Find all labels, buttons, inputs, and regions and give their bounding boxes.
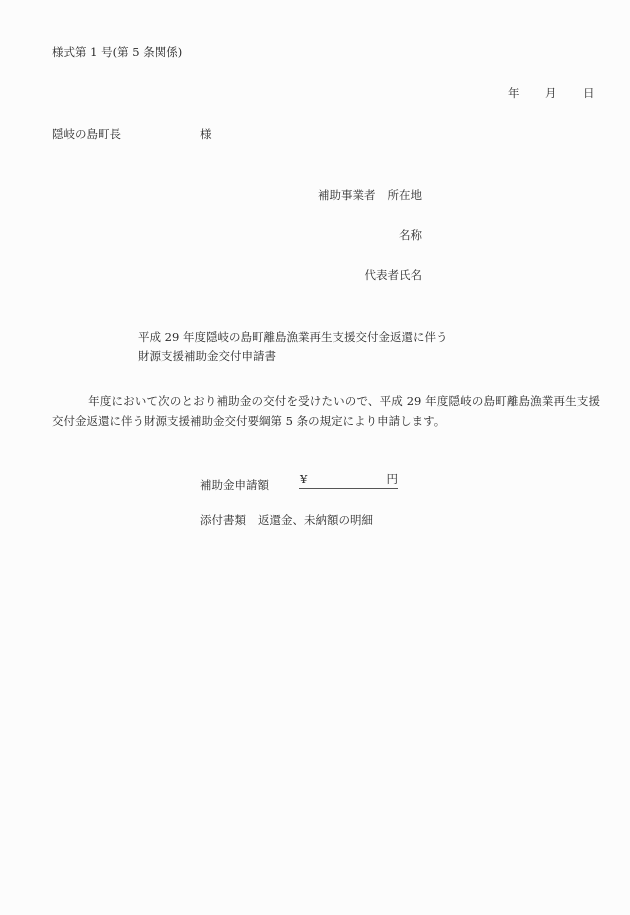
applicant-address-row: 補助事業者所在地	[318, 190, 422, 202]
yen-symbol: ¥	[300, 474, 307, 486]
date-line: 年 月 日	[0, 88, 630, 102]
applicant-name-label: 名称	[399, 228, 422, 242]
amount-label: 補助金申請額	[200, 480, 299, 492]
date-year-label: 年	[508, 88, 520, 100]
yen-unit: 円	[387, 474, 399, 486]
amount-row: 補助金申請額 ¥ 円	[200, 474, 398, 492]
document-title-line1: 平成 29 年度隠岐の島町離島漁業再生支援交付金返還に伴う	[138, 332, 447, 344]
applicant-address-label: 所在地	[388, 188, 423, 202]
applicant-representative-row: 代表者氏名	[365, 270, 423, 282]
attachments-row: 添付書類返還金、未納額の明細	[200, 515, 373, 527]
applicant-representative-label: 代表者氏名	[365, 268, 423, 282]
body-text: 年度において次のとおり補助金の交付を受けたいので、平成 29 年度隠岐の島町離島…	[52, 394, 600, 428]
date-day-label: 日	[583, 88, 595, 100]
document-title-line2: 財源支援補助金交付申請書	[138, 351, 276, 363]
form-number: 様式第 1 号(第 5 条関係)	[52, 47, 182, 59]
addressee-name: 隠岐の島町長	[52, 129, 121, 141]
amount-field: ¥ 円	[299, 474, 398, 489]
attachments-items: 返還金、未納額の明細	[258, 513, 373, 527]
addressee-honorific: 様	[200, 129, 212, 141]
attachments-label: 添付書類	[200, 513, 246, 527]
body-paragraph: 年度において次のとおり補助金の交付を受けたいので、平成 29 年度隠岐の島町離島…	[52, 391, 600, 431]
applicant-name-row: 名称	[399, 230, 422, 242]
date-month-label: 月	[545, 88, 557, 100]
applicant-role-label: 補助事業者	[318, 188, 376, 202]
